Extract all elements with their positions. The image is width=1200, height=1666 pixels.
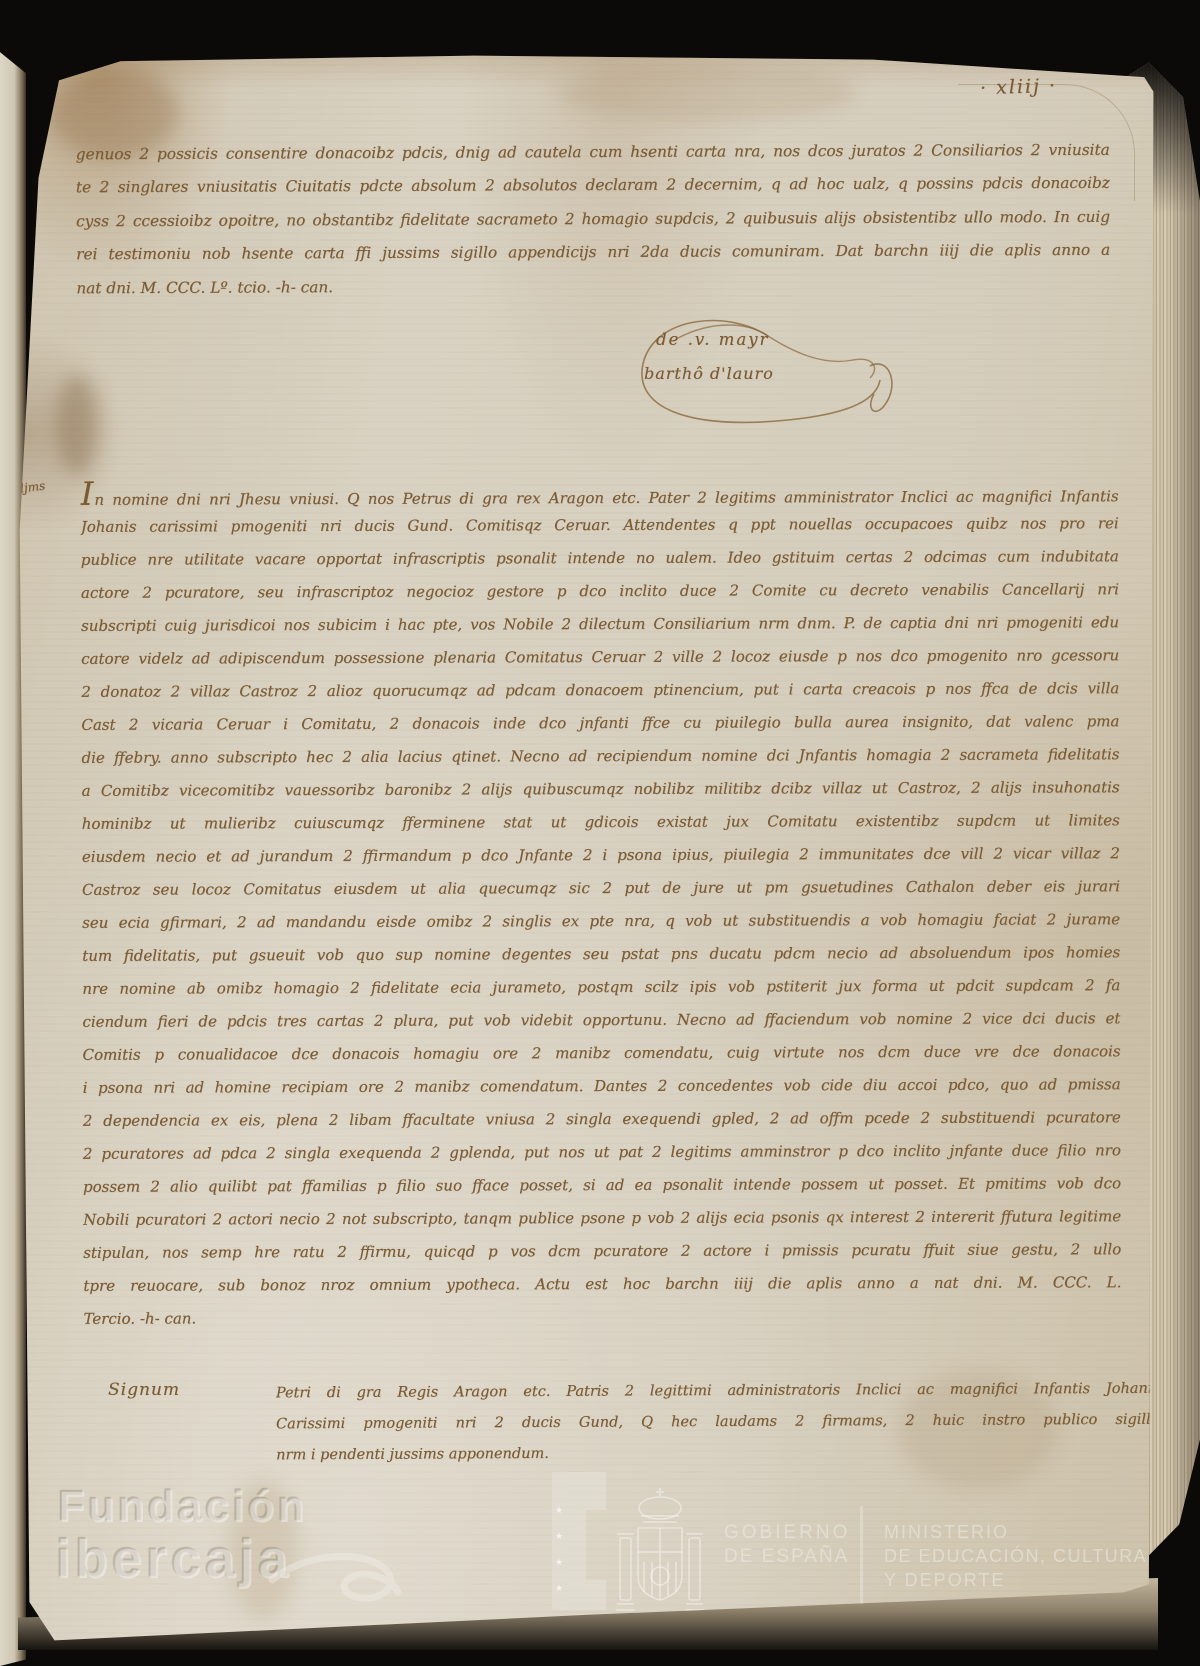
gov-flag-notch (586, 1580, 606, 1610)
manuscript-line: catore videlz ad adipiscendum possession… (81, 639, 1119, 676)
manuscript-line: stipulan, nos semp hre ratu 2 ffirmu, qu… (83, 1233, 1121, 1270)
watermark-divider (860, 1506, 863, 1604)
star-icon: ★ (555, 1532, 563, 1542)
manuscript-line: Petri di gra Regis Aragon etc. Patris 2 … (276, 1374, 1160, 1410)
manuscript-line: 2 donatoz 2 villaz Castroz 2 alioz quoru… (81, 672, 1119, 709)
gobierno-watermark-line2: DE ESPAÑA (724, 1546, 849, 1568)
gobierno-watermark-line1: GOBIERNO (724, 1522, 850, 1544)
book-photo-scene: · xliij · ljms genuos 2 possicis consent… (0, 0, 1200, 1666)
ibercaja-watermark-line2: ibercaja (56, 1528, 292, 1590)
manuscript-line: Cast 2 vicaria Ceruar i Comitatu, 2 dona… (81, 705, 1119, 742)
page-stain (558, 66, 858, 121)
opening-paragraph: genuos 2 possicis consentire donacoibz p… (76, 134, 1111, 305)
manuscript-line: tpre reuocare, sub bonoz nroz omnium ypo… (83, 1266, 1121, 1303)
notary-note: de .v. mayr barthô d'lauro (618, 308, 928, 448)
manuscript-line: possem 2 alio quilibt pat ffamilias p fi… (83, 1167, 1121, 1204)
manuscript-line: 2 pcuratores ad pdca 2 singla exequenda … (83, 1134, 1121, 1171)
signum-block: Petri di gra Regis Aragon etc. Patris 2 … (276, 1374, 1160, 1472)
manuscript-line: Johanis carissimi pmogeniti nri ducis Gu… (81, 507, 1119, 544)
manuscript-line: nrm i pendenti jussims apponendum. (276, 1436, 1160, 1472)
ibercaja-watermark-line1: Fundación (58, 1482, 307, 1532)
manuscript-line: 2 dependencia ex eis, plena 2 libam ffac… (83, 1101, 1121, 1138)
star-icon: ★ (555, 1584, 563, 1594)
manuscript-line: ciendum fieri de pdcis tres cartas 2 plu… (82, 1002, 1120, 1039)
notary-line: barthô d'lauro (644, 364, 774, 383)
manuscript-line: In nomine dni nri Jhesu vniusi. Q nos Pe… (81, 474, 1119, 511)
manuscript-line: Carissimi pmogeniti nri 2 ducis Gund, Q … (276, 1405, 1160, 1441)
manuscript-line: actore 2 pcuratore, seu infrascriptoz ne… (81, 573, 1119, 610)
manuscript-line: seu ecia gfirmari, 2 ad mandandu eisde o… (82, 903, 1120, 940)
manuscript-line: Castroz seu locoz Comitatus eiusdem ut a… (82, 870, 1120, 907)
ibercaja-swirl-icon (266, 1542, 406, 1612)
star-icon: ★ (555, 1506, 563, 1516)
manuscript-line: publice nre utilitate vacare opportat in… (81, 540, 1119, 577)
manuscript-line: genuos 2 possicis consentire donacoibz p… (76, 134, 1110, 172)
notary-line: de .v. mayr (656, 330, 769, 349)
star-icon: ★ (555, 1558, 563, 1568)
main-paragraph: In nomine dni nri Jhesu vniusi. Q nos Pe… (81, 474, 1122, 1336)
manuscript-line: rei testimoniu nob hsente carta ffi juss… (76, 234, 1110, 272)
signum-label: Signum (108, 1380, 180, 1400)
manuscript-line: Nobili pcuratori 2 actori necio 2 not su… (83, 1200, 1121, 1237)
ministerio-watermark-line2: DE EDUCACIÓN, CULTURA (884, 1546, 1147, 1567)
manuscript-line: tum fidelitatis, put gsueuit vob quo sup… (82, 936, 1120, 973)
manuscript-line: cyss 2 ccessioibz opoitre, no obstantibz… (76, 201, 1110, 239)
manuscript-line: i psona nri ad homine recipiam ore 2 man… (83, 1068, 1121, 1105)
margin-note: ljms (19, 479, 46, 496)
left-page-edge (0, 44, 26, 1666)
manuscript-line: te 2 singlares vniusitatis Ciuitatis pdc… (76, 167, 1110, 205)
manuscript-line: a Comitibz vicecomitibz vauessoribz baro… (82, 771, 1120, 808)
manuscript-line: die ffebry. anno subscripto hec 2 alia l… (81, 738, 1119, 775)
manuscript-line: nre nomine ab omibz homagio 2 fidelitate… (82, 969, 1120, 1006)
manuscript-line: nat dni. M. CCC. Lº. tcio. -h- can. (76, 267, 1110, 305)
gov-flag-notch (586, 1472, 606, 1510)
manuscript-page: · xliij · ljms genuos 2 possicis consent… (18, 50, 1158, 1650)
page-stain (228, 1480, 298, 1620)
page-stain (56, 375, 98, 475)
manuscript-line: Comitis p conualidacoe dce donacois homa… (82, 1035, 1120, 1072)
manuscript-line: subscripti cuig jurisdicoi nos subicim i… (81, 606, 1119, 643)
ministerio-watermark-line3: Y DEPORTE (884, 1570, 1005, 1591)
manuscript-line: hominibz ut mulieribz cuiuscumqz ffermin… (82, 804, 1120, 841)
folio-number: · xliij · (980, 75, 1058, 100)
manuscript-line: Tercio. -h- can. (83, 1299, 1121, 1336)
gov-flag-mark: ★ ★ ★ ★ (552, 1472, 586, 1610)
ministerio-watermark-line1: MINISTERIO (884, 1522, 1009, 1543)
manuscript-line: eiusdem necio et ad jurandum 2 ffirmandu… (82, 837, 1120, 874)
